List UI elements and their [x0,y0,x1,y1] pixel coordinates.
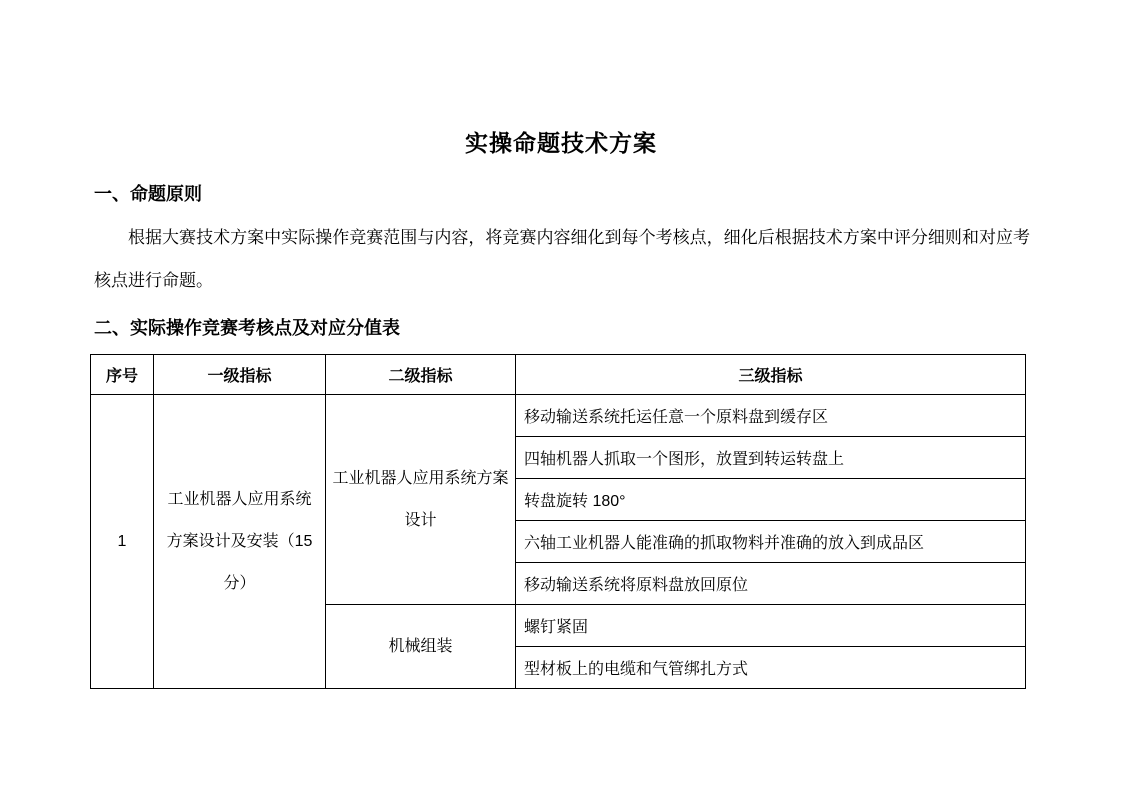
section-2-heading: 二、实际操作竞赛考核点及对应分值表 [94,314,1028,340]
header-cell-level1: 一级指标 [154,355,326,395]
cell-level2-design: 工业机器人应用系统方案设计 [326,395,516,605]
header-cell-level3: 三级指标 [516,355,1026,395]
cell-level3-item: 型材板上的电缆和气管绑扎方式 [516,647,1026,689]
cell-level3-item: 螺钉紧固 [516,605,1026,647]
document-page: 实操命题技术方案 一、命题原则 根据大赛技术方案中实际操作竞赛范围与内容，将竞赛… [0,0,1122,793]
score-table: 序号 一级指标 二级指标 三级指标 1 工业机器人应用系统方案设计及安装（15 … [90,354,1026,689]
cell-level1: 工业机器人应用系统方案设计及安装（15 分） [154,395,326,689]
document-title: 实操命题技术方案 [0,0,1122,158]
cell-level3-item: 转盘旋转 180° [516,479,1026,521]
cell-level3-item: 移动输送系统将原料盘放回原位 [516,563,1026,605]
cell-index: 1 [91,395,154,689]
cell-level3-item: 移动输送系统托运任意一个原料盘到缓存区 [516,395,1026,437]
cell-level2-assembly: 机械组装 [326,605,516,689]
header-cell-level2: 二级指标 [326,355,516,395]
section-1-heading: 一、命题原则 [94,180,1028,206]
cell-level3-item: 六轴工业机器人能准确的抓取物料并准确的放入到成品区 [516,521,1026,563]
table-row: 1 工业机器人应用系统方案设计及安装（15 分） 工业机器人应用系统方案设计 移… [91,395,1026,437]
cell-level3-item: 四轴机器人抓取一个图形，放置到转运转盘上 [516,437,1026,479]
header-cell-index: 序号 [91,355,154,395]
table-header-row: 序号 一级指标 二级指标 三级指标 [91,355,1026,395]
section-1-paragraph: 根据大赛技术方案中实际操作竞赛范围与内容，将竞赛内容细化到每个考核点，细化后根据… [94,216,1030,302]
